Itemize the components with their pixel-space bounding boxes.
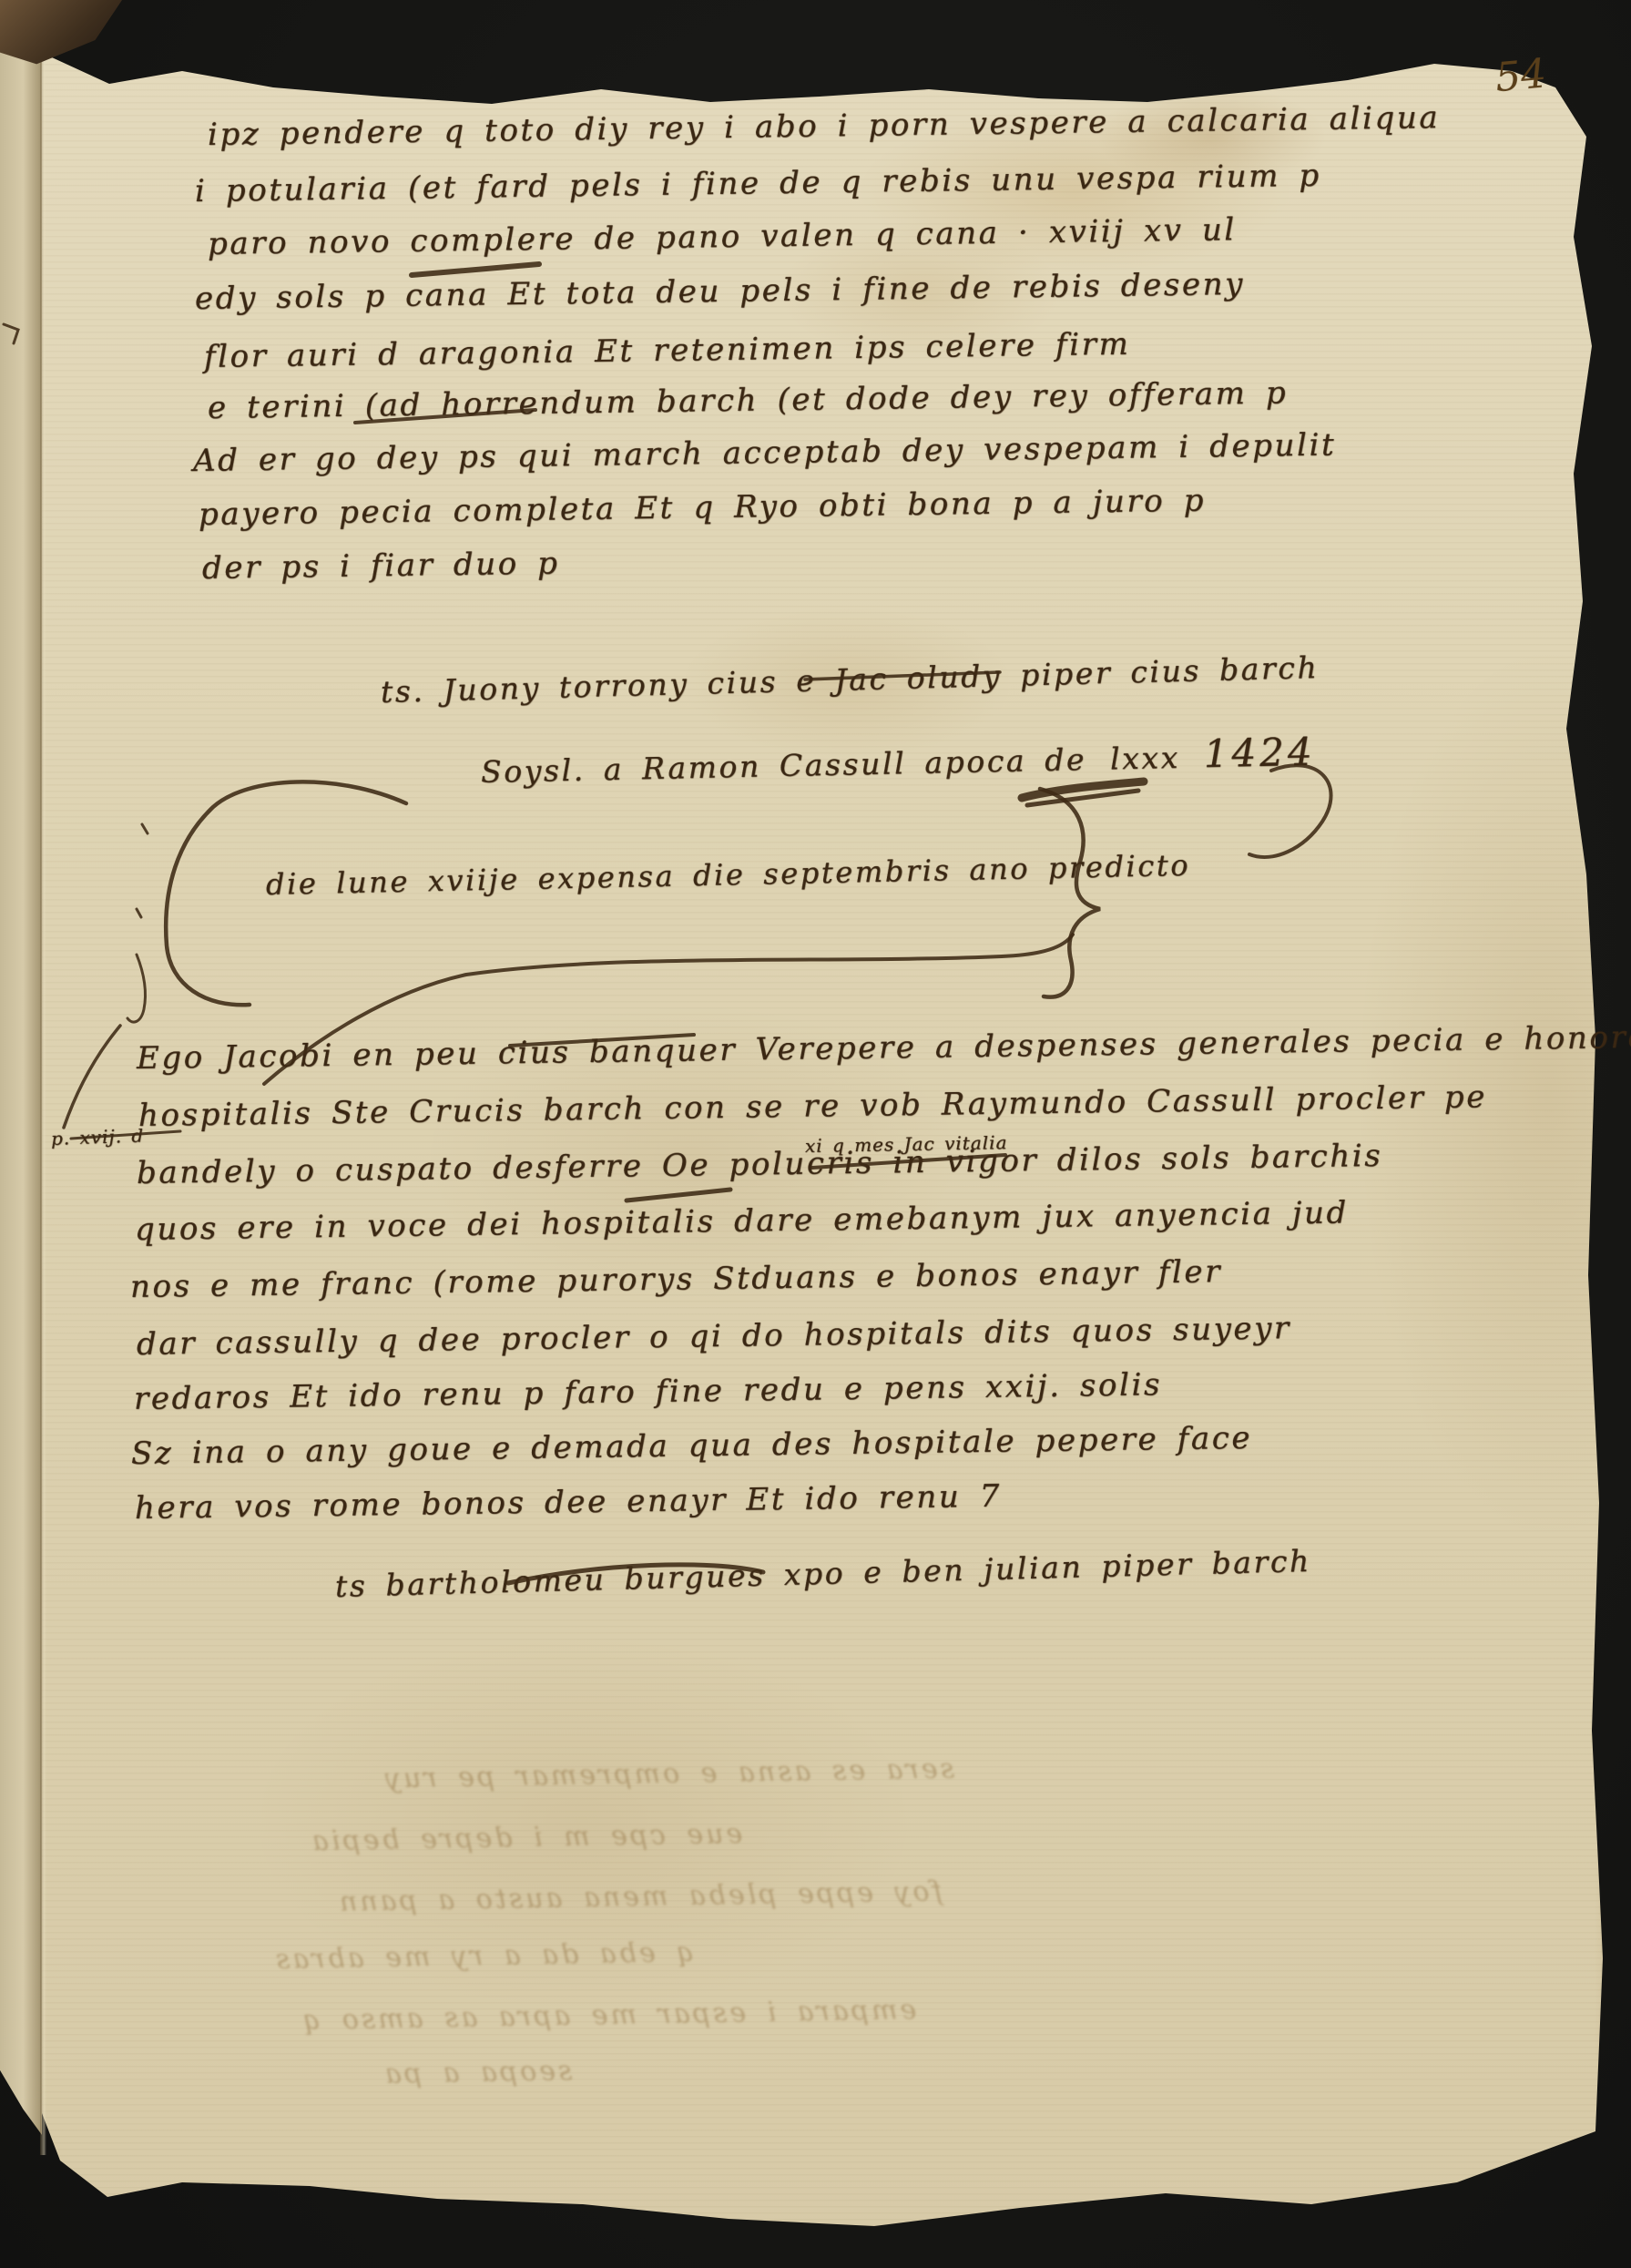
margin-note: p. xvij. d: [51, 1124, 145, 1149]
folio-number: 54: [1493, 51, 1548, 102]
struck-word: lxxx: [1110, 740, 1181, 777]
manuscript-line: der ps i fiar duo p: [202, 546, 560, 587]
gutter-crease: [40, 51, 46, 2155]
manuscript-photo: { "page": { "number": "54" }, "colors": …: [0, 0, 1631, 2268]
under-page-edge: [0, 26, 42, 2182]
year-1424: 1424: [1203, 730, 1316, 777]
ghost-line: seopa a pa: [382, 2055, 573, 2090]
